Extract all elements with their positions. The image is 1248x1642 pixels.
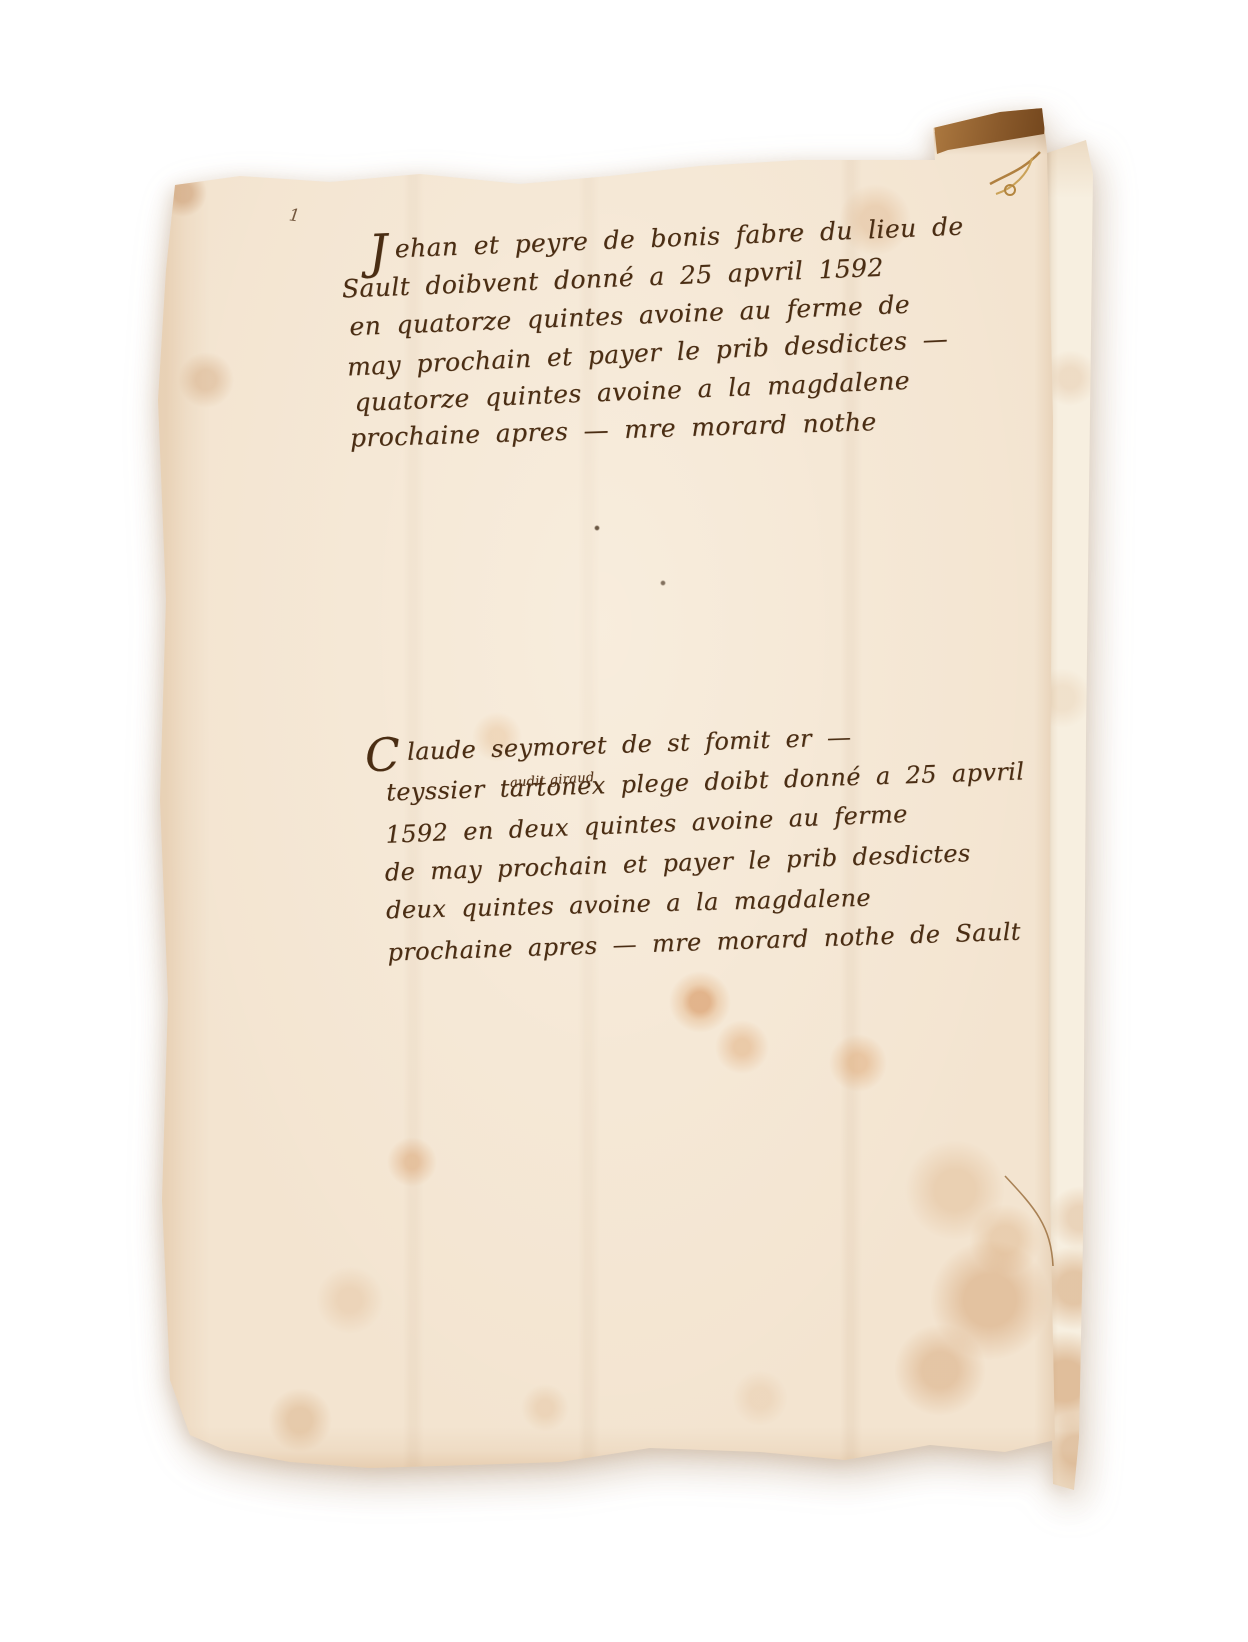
interlinear-note: audit giraud [509,758,596,804]
margin-mark: 1 [288,205,301,226]
stray-fiber [993,1168,1073,1278]
photo-canvas: 1 Jehan et peyre de bonis fabre du lieu … [148,108,1098,1498]
paper-fibers [986,142,1050,204]
manuscript-page: 1 Jehan et peyre de bonis fabre du lieu … [148,108,1058,1470]
entry-2: audit giraud Claude seymoret de st fomit… [380,711,1030,972]
entry-1: Jehan et peyre de bonis fabre du lieu de… [340,208,972,461]
